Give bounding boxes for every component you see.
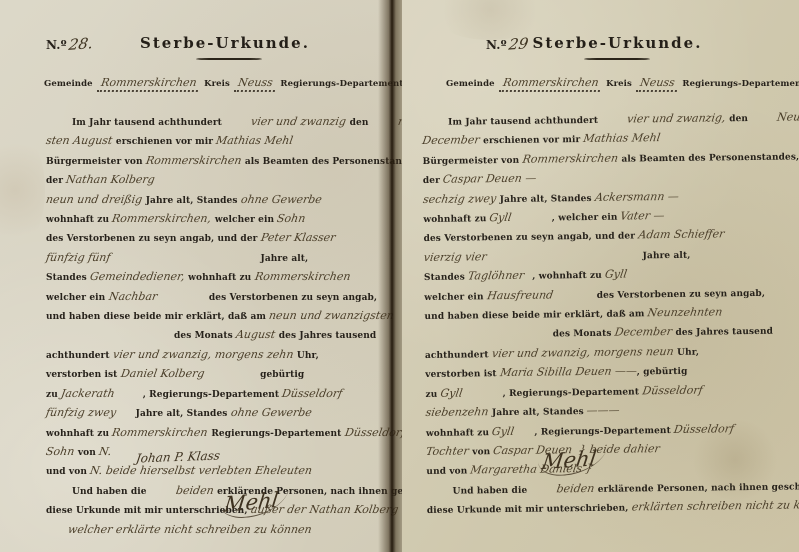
form-line: achthundert vier und zwanzig, morgens ze… (46, 345, 384, 364)
printed-text: Jahre alt, Standes (136, 409, 231, 419)
printed-text: wohnhaft zu (423, 214, 489, 225)
printed-text: als Beamten des Personenstandes, (621, 152, 799, 164)
form-line: und haben diese beide mir erklärt, daß a… (46, 306, 384, 325)
printed-text: des Monats (553, 329, 615, 340)
handwritten-text: Jackerath (60, 386, 116, 401)
form-line: neun und dreißig Jahre alt, Standes ohne… (46, 190, 384, 209)
printed-text: Und haben die (453, 485, 531, 496)
handwritten-text: vier und zwanzig, morgens zehn (112, 347, 298, 362)
handwritten-text: vier und zwanzig, morgens neun (491, 344, 679, 362)
handwritten-text: Neunzehnten — (750, 109, 799, 126)
printed-text: des Jahres tausend (675, 327, 773, 338)
handwritten-text: Neunzehnten (647, 304, 724, 320)
form-line: wohnhaft zu Rommerskirchen, welcher ein … (46, 209, 384, 228)
printed-text: verstorben ist (46, 370, 121, 380)
handwritten-text: Nachbar (107, 289, 158, 304)
handwritten-text: Ackersmann — (594, 188, 680, 204)
printed-text: welcher ein (46, 293, 109, 303)
form-line: des Verstorbenen zu seyn angab, und der … (46, 228, 384, 247)
handwritten-text: vierzig vier (423, 249, 488, 265)
department-label: Regierungs-Departement von (682, 79, 799, 89)
printed-text: erklärende Personen, nach ihnen geschehe… (598, 481, 799, 495)
header-fields: Gemeinde Rommerskirchen Kreis Neuss Regi… (446, 76, 797, 92)
handwritten-text: Mathias Mehl (582, 130, 661, 146)
printed-text: Uhr, (297, 351, 319, 361)
printed-text: , wohnhaft zu (532, 271, 605, 282)
printed-text: den (729, 114, 751, 124)
handwritten-text: Gyll (439, 385, 463, 401)
handwritten-text: August (235, 327, 280, 342)
handwritten-text: fünfzig zwey (45, 405, 121, 420)
printed-text: Jahre alt, Standes (146, 196, 241, 206)
printed-text: Jahre alt, Standes (500, 194, 595, 205)
printed-text: Bürgermeister von (423, 156, 523, 167)
handwritten-text: Gemeindediener, (89, 269, 190, 284)
printed-text: erschienen vor mir (116, 137, 216, 147)
right-page: N.º29 Sterbe-Urkunde. Gemeinde Rommerski… (402, 0, 799, 552)
witness-signature: Johan P. Klass (135, 448, 221, 465)
form-line: Im Jahr tausend achthundert vier und zwa… (46, 112, 384, 131)
printed-text: Und haben die (72, 487, 150, 497)
printed-text: Im Jahr tausend achthundert (448, 116, 601, 128)
kreis-label: Kreis (204, 79, 230, 89)
gemeinde-value: Rommerskirchen (96, 76, 200, 92)
form-line: verstorben ist Daniel Kolberggebürtig (46, 364, 384, 383)
handwritten-text: erklärten schreiben nicht zu können (631, 497, 799, 515)
printed-text: achthundert (425, 350, 492, 361)
printed-text: des Monats (174, 331, 236, 341)
form-line: zu Jackerath, Regierungs-Departement Düs… (46, 384, 384, 403)
handwritten-text: ohne Gewerbe (229, 405, 312, 420)
page-title: Sterbe-Urkunde. (0, 34, 392, 52)
handwritten-text: Rommerskirchen, (111, 211, 216, 226)
handwritten-text: Sohn (45, 444, 79, 459)
handwritten-text: siebenzehn (425, 404, 494, 420)
handwritten-text: Sohn (276, 211, 307, 226)
printed-text: , welcher ein (552, 213, 621, 224)
handwritten-text: neun und dreißig (45, 192, 147, 207)
printed-text: Jahre alt, (260, 254, 308, 264)
handwritten-text: Daniel Kolberg (119, 366, 205, 381)
form-line: diese Urkunde mit mir unterschrieben, au… (46, 500, 384, 519)
printed-text: wohnhaft zu (426, 428, 492, 439)
form-line: Und haben die beiden erklärende Personen… (46, 481, 384, 500)
form-line: fünfzig zwey Jahre alt, Standes ohne Gew… (46, 403, 384, 422)
handwritten-text: beiden (529, 481, 598, 497)
gemeinde-label: Gemeinde (44, 79, 93, 89)
handwritten-text: sechzig zwey (422, 191, 501, 207)
handwritten-text: sten August (45, 133, 117, 148)
form-line: diese Urkunde mit mir unterschrieben, er… (427, 496, 779, 520)
printed-text: von (78, 448, 99, 458)
printed-text: des Jahres tausend (279, 331, 376, 341)
form-line: des Monats August des Jahres tausend (46, 325, 384, 344)
handwritten-text: Düsseldorf (281, 386, 344, 401)
handwritten-text: vier und zwanzig, (600, 110, 730, 127)
handwritten-text: Taglöhner (467, 268, 525, 284)
certificate-body: Im Jahr tausend achthundert vier und zwa… (46, 112, 384, 537)
handwritten-text: Nathan Kolberg (65, 172, 156, 187)
handwritten-text: beiden (149, 483, 219, 498)
printed-text: von (472, 447, 493, 457)
printed-text: des Verstorbenen zu seyn angab, und der (423, 232, 638, 245)
title-rule (584, 58, 650, 60)
title-rule (196, 58, 262, 60)
handwritten-text: neun und zwanzigsten (268, 308, 395, 323)
printed-text: achthundert (46, 351, 113, 361)
printed-text: , Regierungs-Departement (534, 425, 674, 437)
form-line: Standes Gemeindediener, wohnhaft zu Romm… (46, 267, 384, 286)
handwritten-text: ——— (586, 403, 621, 419)
handwritten-text: ohne Gewerbe (240, 192, 323, 207)
printed-text: Bürgermeister von (46, 157, 146, 167)
gemeinde-value: Rommerskirchen (498, 76, 602, 92)
printed-text: , gebürtig (637, 367, 688, 378)
handwritten-text: Gyll (604, 267, 628, 283)
handwritten-text: N. (98, 444, 113, 459)
handwritten-text: Mathias Mehl (215, 133, 294, 148)
printed-text: , Regierungs-Departement (503, 387, 643, 399)
form-line: wohnhaft zu Rommerskirchen Regierungs-De… (46, 423, 384, 442)
printed-text: des Verstorbenen zu seyn angab, (597, 288, 765, 300)
printed-text: Im Jahr tausend achthundert (72, 118, 225, 128)
form-line: und von N. beide hierselbst verlebten Eh… (46, 461, 384, 480)
form-line: Bürgermeister von Rommerskirchen als Bea… (46, 151, 384, 170)
printed-text: Jahre alt, (643, 251, 691, 262)
printed-text: gebürtig (260, 370, 304, 380)
printed-text: des Verstorbenen zu seyn angab, (209, 293, 377, 303)
printed-text: welcher ein (424, 292, 487, 303)
form-line: der Nathan Kolberg (46, 170, 384, 189)
handwritten-text: N. beide hierselbst verlebten Eheleuten (89, 463, 313, 478)
handwritten-text: Gyll (491, 423, 515, 439)
handwritten-text: Hausfreund (486, 287, 554, 303)
blank-space (487, 258, 643, 260)
printed-text: Jahre alt, Standes (492, 407, 587, 418)
handwritten-text: Peter Klasser (260, 230, 337, 245)
printed-text: verstorben ist (425, 369, 500, 380)
printed-text: Uhr, (677, 348, 699, 358)
kreis-value: Neuss (636, 76, 679, 92)
page-title: Sterbe-Urkunde. (402, 34, 799, 52)
handwritten-text: Düsseldorf (673, 421, 735, 437)
handwritten-text: Rommerskirchen (253, 269, 351, 284)
form-line: fünfzig fünfJahre alt, (46, 248, 384, 267)
handwritten-text: Rommerskirchen (145, 153, 246, 168)
printed-text: den (350, 118, 372, 128)
printed-text: wohnhaft zu (188, 273, 254, 283)
printed-text: und haben diese beide mir erklärt, daß a… (424, 309, 647, 322)
handwritten-text: Düsseldorf (641, 382, 703, 398)
gemeinde-label: Gemeinde (446, 79, 495, 89)
handwritten-text: December (614, 324, 677, 340)
handwritten-text: Vater — (620, 208, 666, 224)
printed-text: und von (46, 467, 90, 477)
blank-space (553, 298, 597, 299)
handwritten-text: Gyll (489, 210, 513, 226)
printed-text: , Regierungs-Departement (143, 390, 283, 400)
printed-text: Standes (424, 273, 468, 284)
header-fields: Gemeinde Rommerskirchen Kreis Neuss Regi… (44, 76, 390, 92)
handwritten-text: Maria Sibilla Deuen —— (499, 364, 638, 381)
kreis-value: Neuss (234, 76, 277, 92)
handwritten-text: Tochter (425, 443, 473, 459)
handwritten-text: Caspar Deuen — (442, 171, 538, 188)
handwritten-text: welcher erklärte nicht schreiben zu könn… (67, 522, 313, 537)
printed-text: und haben diese beide mir erklärt, daß a… (46, 312, 269, 322)
form-line: welcher erklärte nicht schreiben zu könn… (46, 520, 384, 537)
form-line: sten August erschienen vor mir Mathias M… (46, 131, 384, 150)
printed-text: Regierungs-Departement (211, 429, 344, 439)
handwritten-text: December (421, 133, 484, 149)
left-page: N.º28. Sterbe-Urkunde. Gemeinde Rommersk… (0, 0, 392, 552)
printed-text: diese Urkunde mit mir unterschrieben, (427, 504, 632, 517)
printed-text: der (423, 176, 443, 186)
printed-text: zu (46, 390, 61, 400)
handwritten-text: fünfzig fünf (45, 250, 112, 265)
handwritten-text: vier und zwanzig (224, 114, 351, 129)
kreis-label: Kreis (606, 79, 632, 89)
printed-text: Standes (46, 273, 90, 283)
printed-text: erschienen vor mir (483, 135, 584, 146)
printed-text: zu (425, 389, 440, 399)
printed-text: des Verstorbenen zu seyn angab, und der (46, 234, 261, 244)
handwritten-text: Adam Schieffer (637, 227, 725, 243)
printed-text: wohnhaft zu (46, 429, 112, 439)
form-line: welcher ein Nachbardes Verstorbenen zu s… (46, 287, 384, 306)
printed-text: der (46, 176, 66, 186)
register-spread: N.º28. Sterbe-Urkunde. Gemeinde Rommersk… (0, 0, 799, 552)
handwritten-text: Rommerskirchen (521, 150, 622, 167)
printed-text: welcher ein (215, 215, 278, 225)
printed-text: und von (426, 467, 470, 478)
handwritten-text: Rommerskirchen (111, 425, 212, 440)
printed-text: wohnhaft zu (46, 215, 112, 225)
